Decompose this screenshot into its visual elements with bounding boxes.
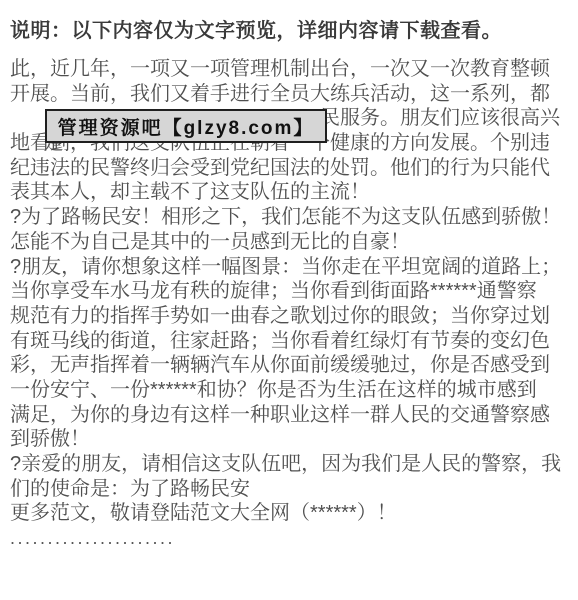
trailing-dots-line: ...................... — [10, 526, 574, 551]
body-line: 开展。当前，我们又着手进行全员大练兵活动，这一系列，都 — [10, 82, 574, 107]
body-line: 满足，为你的身边有这样一种职业这样一群人民的交通警察感 — [10, 403, 574, 428]
body-line: 此，近几年，一项又一项管理机制出台，一次又一次教育整顿 — [10, 57, 574, 82]
body-line: 规范有力的指挥手势如一曲春之歌划过你的眼敛；当你穿过划 — [10, 304, 574, 329]
document-preview-page: 说明：以下内容仅为文字预览，详细内容请下载查看。 管理资源吧【glzy8.com… — [0, 0, 578, 600]
body-line: 更多范文，敬请登陆范文大全网（******）！ — [10, 501, 574, 526]
body-line: 纪违法的民警终归会受到党纪国法的处罚。他们的行为只能代 — [10, 156, 574, 181]
preview-notice: 说明：以下内容仅为文字预览，详细内容请下载查看。 — [10, 14, 502, 43]
body-line: ?为了路畅民安！相形之下，我们怎能不为这支队伍感到骄傲！ — [10, 205, 574, 230]
body-line-fragment-right: 民服务。朋友们应该很高兴 — [320, 106, 560, 131]
watermark-box: 管理资源吧【glzy8.com】 — [45, 109, 327, 143]
body-line: 表其本人，却主载不了这支队伍的主流！ — [10, 180, 574, 205]
body-line: 们的使命是：为了路畅民安 — [10, 477, 574, 502]
body-line: 彩，无声指挥着一辆辆汽车从你面前缓缓驰过，你是否感受到 — [10, 353, 574, 378]
body-line: ?朋友，请你想象这样一幅图景：当你走在平坦宽阔的道路上； — [10, 255, 574, 280]
body-line: 怎能不为自己是其中的一员感到无比的自豪！ — [10, 230, 574, 255]
body-line: 一份安宁、一份******和协？你是否为生活在这样的城市感到 — [10, 378, 574, 403]
body-line: ?亲爱的朋友，请相信这支队伍吧，因为我们是人民的警察，我 — [10, 452, 574, 477]
body-line: 到骄傲！ — [10, 427, 574, 452]
body-line: 当你享受车水马龙有秩的旋律；当你看到街面路******通警察 — [10, 279, 574, 304]
body-line: 有斑马线的街道，往家赶路；当你看着红绿灯有节奏的变幻色 — [10, 329, 574, 354]
